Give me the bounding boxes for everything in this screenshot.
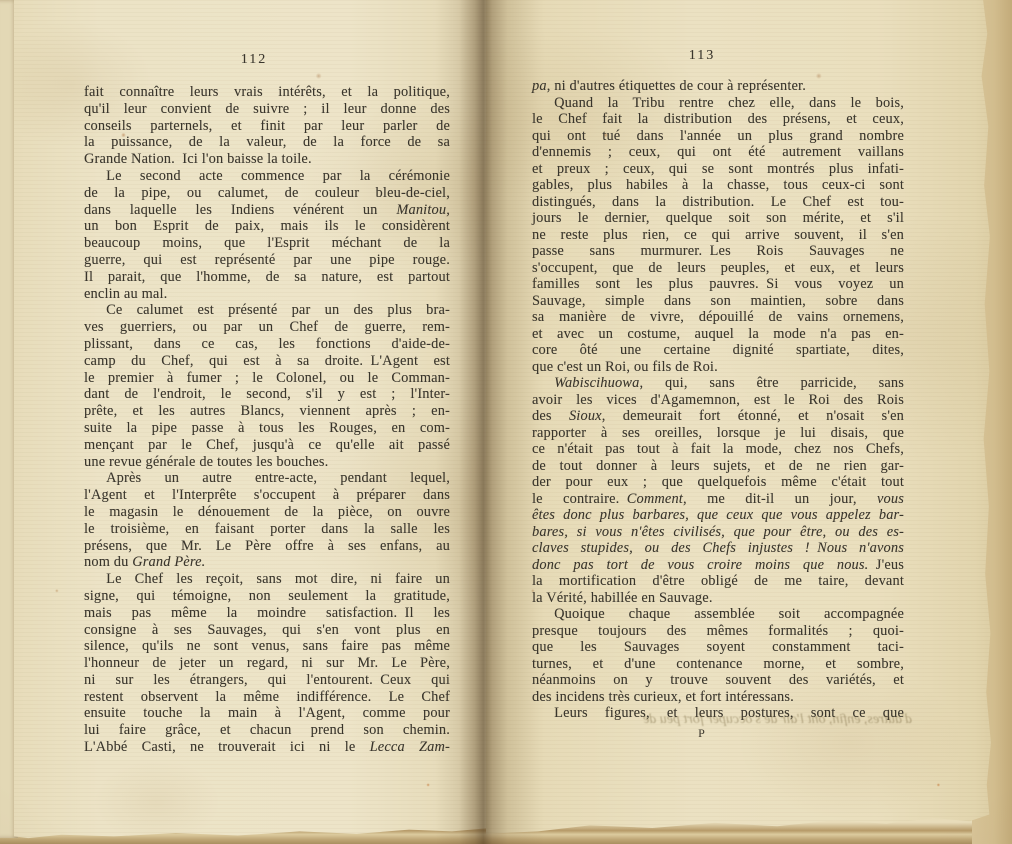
text-line: et avec un costume, auquel la mode n'a p… xyxy=(532,326,904,343)
page-112-text: fait connaître leurs vrais intérêts, et … xyxy=(84,84,450,756)
text-line: presque toujours des mêmes formalités ; … xyxy=(532,623,904,640)
text-line: le troisième, en faisant porter dans la … xyxy=(84,521,450,538)
text-line: claves stupides, ou des Chefs injustes !… xyxy=(532,540,904,557)
text-line: Après un autre entre-acte, pendant leque… xyxy=(84,470,450,487)
text-line: d'ennemis ; ceux, qui ont été autrement … xyxy=(532,144,904,161)
text-line: Le second acte commence par la cérémonie xyxy=(84,168,450,185)
text-line: sa manière de vivre, dépouillé de vains … xyxy=(532,309,904,326)
text-line: ne reste plus rien, ce qui arrive souven… xyxy=(532,227,904,244)
page-number-right: 113 xyxy=(532,48,872,64)
text-line: ensuite touche la main à l'Agent, comme … xyxy=(84,705,450,722)
text-line: guerre, qui est représenté par une pipe … xyxy=(84,252,450,269)
text-line: jours le dernier, quelque soit son mérit… xyxy=(532,210,904,227)
text-line: la puissance, de la valeur, de la force … xyxy=(84,134,450,151)
text-line: lui faire grâce, et chacun prend son che… xyxy=(84,722,450,739)
text-line: et preux ; ceux, qui se sont montrés plu… xyxy=(532,161,904,178)
text-line: Sauvage, simple dans son maintien, sobre… xyxy=(532,293,904,310)
text-line: consigne à ses Sauvages, qui s'en vont p… xyxy=(84,622,450,639)
text-line: néanmoins on y trouve souvent des variét… xyxy=(532,672,904,689)
book-photo: 112 fait connaître leurs vrais intérêts,… xyxy=(0,0,1012,844)
text-line: enclin au mal. xyxy=(84,286,450,303)
text-line: de la pipe, ou calumet, de couleur bleu-… xyxy=(84,185,450,202)
text-line: passe sans murmurer. Les Rois Sauvages n… xyxy=(532,243,904,260)
text-line: signe, qui témoigne, non seulement la gr… xyxy=(84,588,450,605)
text-line: rapporter à ses oreilles, lorsque je lui… xyxy=(532,425,904,442)
text-line: ce n'était pas tout à fait la mode, chez… xyxy=(532,441,904,458)
text-line: la mortification d'être obligé de me tai… xyxy=(532,573,904,590)
text-line: pa, ni d'autres étiquettes de cour à rep… xyxy=(532,78,904,95)
text-line: l'Agent et l'Interprête s'occupent à pré… xyxy=(84,487,450,504)
text-line: des incidens très curieux, et fort intér… xyxy=(532,689,904,706)
text-line: L'Abbé Casti, ne trouverait ici ni le Le… xyxy=(84,739,450,756)
text-line: camp du Chef, qui est à sa droite. L'Age… xyxy=(84,353,450,370)
text-line: s'occupent, que de leurs peuples, et eux… xyxy=(532,260,904,277)
signature-mark: P xyxy=(532,726,872,741)
text-line: gables, plus habiles à la chasse, tous c… xyxy=(532,177,904,194)
text-line: ves guerriers, ou par un Chef de guerre,… xyxy=(84,319,450,336)
text-line: Quand la Tribu rentre chez elle, dans le… xyxy=(532,95,904,112)
text-line: le premier à fumer ; le Colonel, ou le C… xyxy=(84,370,450,387)
text-line: qu'il leur convient de suivre ; il leur … xyxy=(84,101,450,118)
text-line: ni sur les étrangers, qui l'entourent. C… xyxy=(84,672,450,689)
text-line: donc pas tort de vous croire moins que n… xyxy=(532,557,904,574)
text-line: un bon Esprit de paix, mais ils le consi… xyxy=(84,218,450,235)
text-line: der pour eux ; que quelquefois même c'ét… xyxy=(532,474,904,491)
text-line: avoir les vices d'Agamemnon, est le Roi … xyxy=(532,392,904,409)
text-line: la Vérité, habillée en Sauvage. xyxy=(532,590,904,607)
text-line: le magasin le dénouement de la pièce, on… xyxy=(84,504,450,521)
text-line: Wabiscihuowa, qui, sans être parricide, … xyxy=(532,375,904,392)
text-line: Il parait, que l'homme, de sa nature, es… xyxy=(84,269,450,286)
text-line: conseils parternels, et finit par leur p… xyxy=(84,118,450,135)
text-line: le contraire. Comment, me dit-il un jour… xyxy=(532,491,904,508)
text-line: Ce calumet est présenté par un des plus … xyxy=(84,302,450,319)
text-line: distingués, dans la distribution. Le Che… xyxy=(532,194,904,211)
text-line: êtes donc plus barbares, que ceux que vo… xyxy=(532,507,904,524)
page-number-left: 112 xyxy=(84,52,424,68)
text-line: l'honneur de jeter un regard, ni sur Mr.… xyxy=(84,655,450,672)
text-line: turnes, et d'une contenance morne, et so… xyxy=(532,656,904,673)
text-line: nom du Grand Père. xyxy=(84,554,450,571)
text-line: prête, et les autres Blancs, viennent ap… xyxy=(84,403,450,420)
text-line: Grande Nation. Ici l'on baisse la toile. xyxy=(84,151,450,168)
text-line: Le Chef les reçoit, sans mot dire, ni fa… xyxy=(84,571,450,588)
text-line: que les Sauvages soyent constamment taci… xyxy=(532,639,904,656)
text-line: familles sont les plus pauvres. Si vous … xyxy=(532,276,904,293)
page-left: 112 fait connaître leurs vrais intérêts,… xyxy=(14,0,490,844)
text-line: présens, que Mr. Le Père offre à ses enf… xyxy=(84,538,450,555)
text-line: des Sioux, demeurait fort étonné, et n'o… xyxy=(532,408,904,425)
text-line: dans laquelle les Indiens vénérent un Ma… xyxy=(84,202,450,219)
text-line: le Chef fait la distribution des présens… xyxy=(532,111,904,128)
text-line: de tout donner à leurs sujets, et de ne … xyxy=(532,458,904,475)
text-line: core ôté une certaine dignité spartiate,… xyxy=(532,342,904,359)
text-line: bares, si vous n'êtes civilisés, que pou… xyxy=(532,524,904,541)
page-113-text: pa, ni d'autres étiquettes de cour à rep… xyxy=(532,78,904,722)
text-line: dant de l'endroit, le second, s'il y est… xyxy=(84,386,450,403)
text-line: que c'est un Roi, ou fils de Roi. xyxy=(532,359,904,376)
text-line: mençant par le Chef, jusqu'à ce qu'elle … xyxy=(84,437,450,454)
text-line: restent observent la même indifférence. … xyxy=(84,689,450,706)
text-line: suite la pipe passe à tous les Rouges, e… xyxy=(84,420,450,437)
text-line: une revue générale de toutes les bouches… xyxy=(84,454,450,471)
page-right: 113 pa, ni d'autres étiquettes de cour à… xyxy=(486,0,1006,844)
text-line: beaucoup moins, que l'Esprit méchant de … xyxy=(84,235,450,252)
text-line: fait connaître leurs vrais intérêts, et … xyxy=(84,84,450,101)
text-line: silence, qu'ils ne sont venus, sans fair… xyxy=(84,638,450,655)
text-line: Quoique chaque assemblée soit accompagné… xyxy=(532,606,904,623)
text-line: plissant, dans ce cas, les fonctions d'a… xyxy=(84,336,450,353)
text-line: qui ont tué dans l'année un plus grand n… xyxy=(532,128,904,145)
text-line: mais pas même la moindre satisfaction. I… xyxy=(84,605,450,622)
